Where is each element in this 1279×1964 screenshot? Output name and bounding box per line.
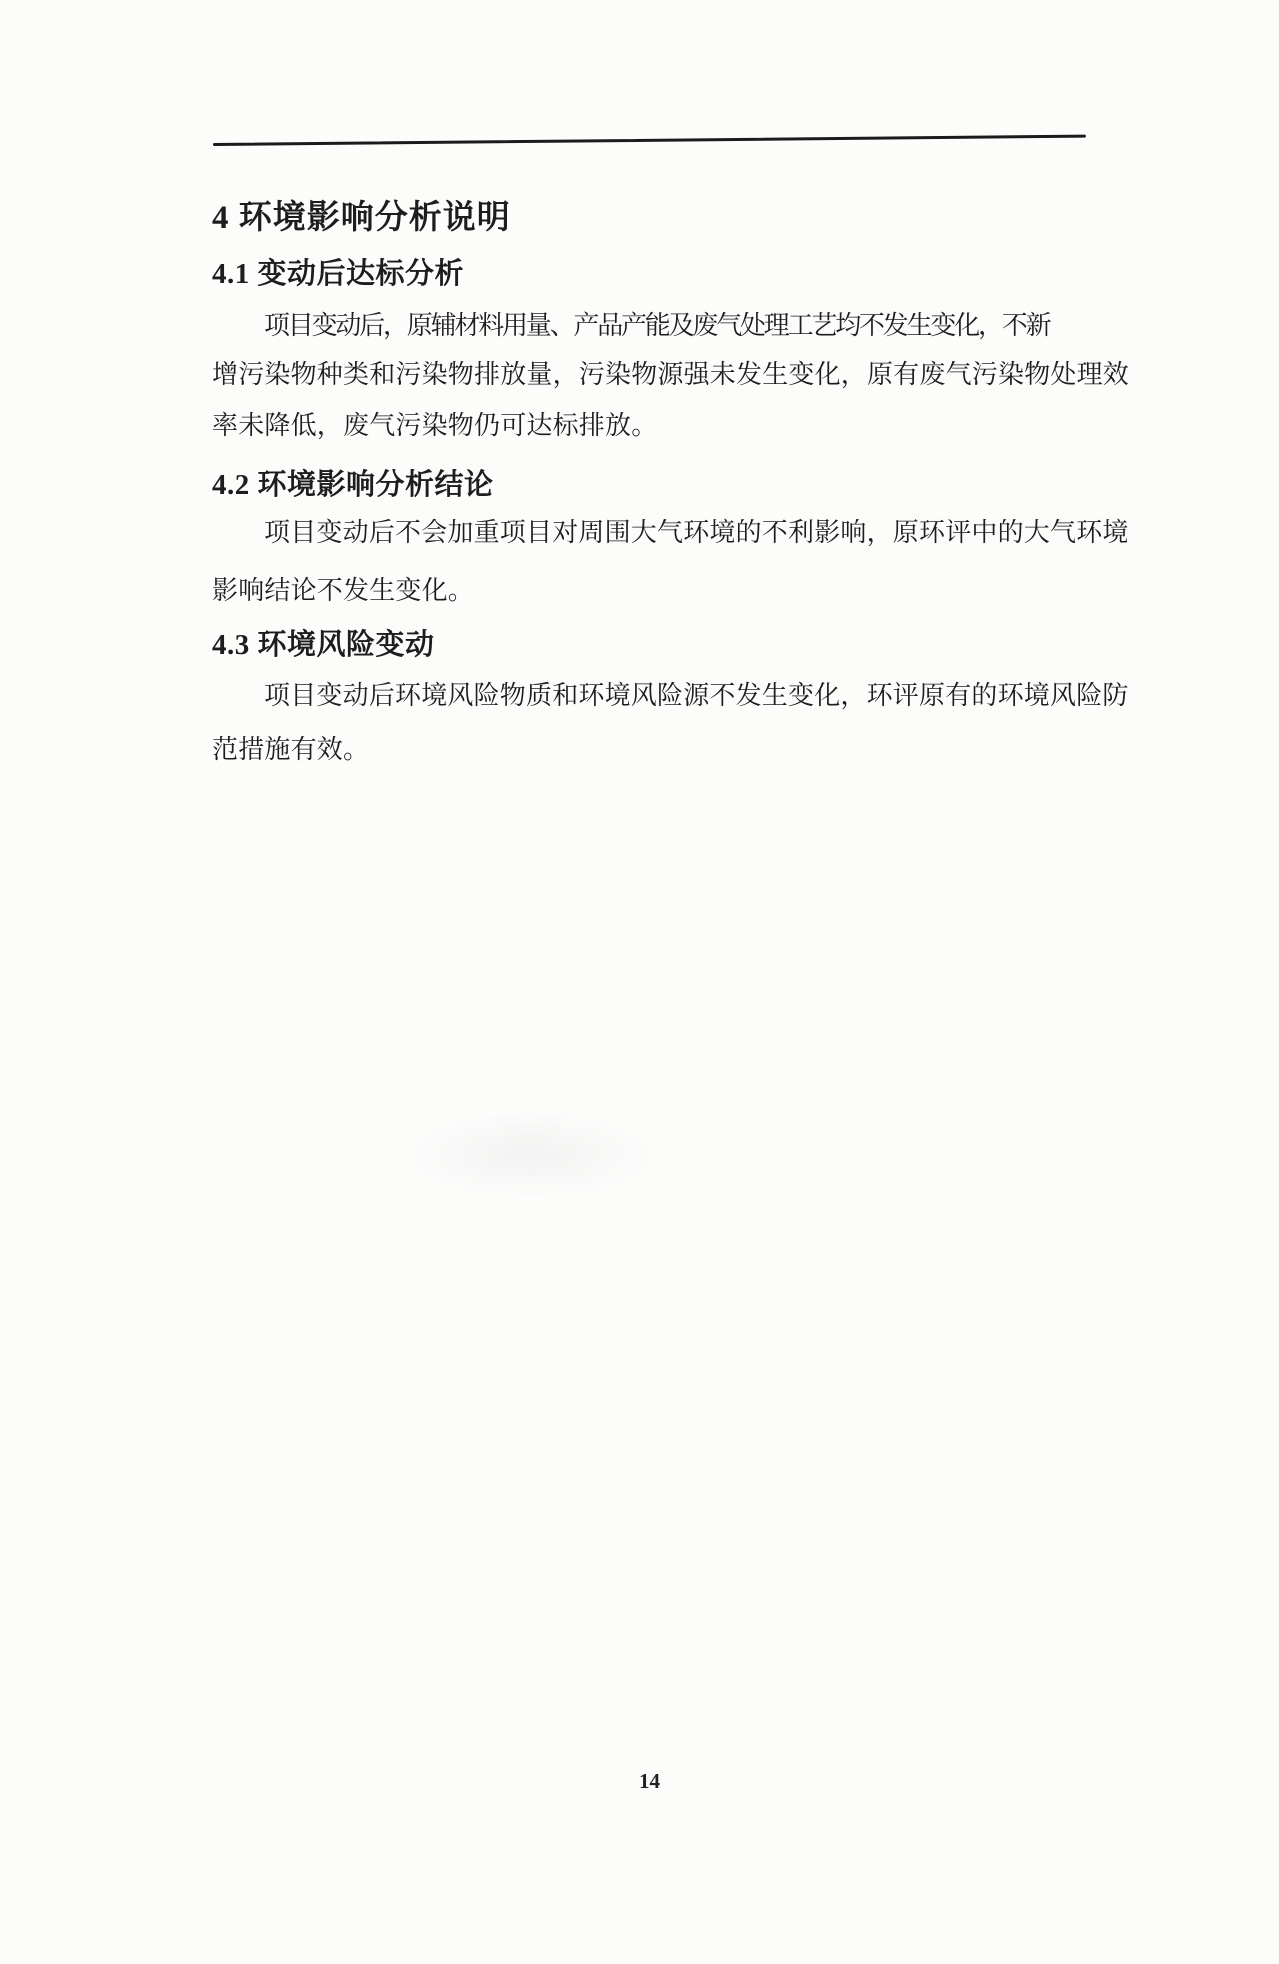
section-heading-4-2: 4.2 环境影响分析结论	[212, 465, 1172, 505]
header-rule	[213, 135, 1086, 146]
paragraph-line: 项目变动后，原辅材料用量、产品产能及废气处理工艺均不发生变化，不新	[212, 306, 1152, 346]
paragraph-line: 范措施有效。	[212, 730, 1152, 770]
document-page: 4 环境影响分析说明 4.1 变动后达标分析 项目变动后，原辅材料用量、产品产能…	[0, 0, 1279, 1964]
paragraph-line: 项目变动后不会加重项目对周围大气环境的不利影响，原环评中的大气环境	[212, 513, 1152, 553]
section-heading-4-1: 4.1 变动后达标分析	[212, 254, 1172, 294]
section-heading-4-3: 4.3 环境风险变动	[212, 625, 1172, 665]
chapter-title: 4 环境影响分析说明	[212, 196, 1172, 240]
paragraph-line: 影响结论不发生变化。	[212, 571, 1152, 611]
paragraph-line: 项目变动后环境风险物质和环境风险源不发生变化，环评原有的环境风险防	[212, 676, 1152, 716]
page-number: 14	[10, 1766, 1279, 1796]
paragraph-line: 增污染物种类和污染物排放量，污染物源强未发生变化，原有废气污染物处理效	[212, 355, 1152, 395]
scan-smudge	[400, 1110, 660, 1200]
paragraph-line: 率未降低，废气污染物仍可达标排放。	[212, 406, 1152, 446]
